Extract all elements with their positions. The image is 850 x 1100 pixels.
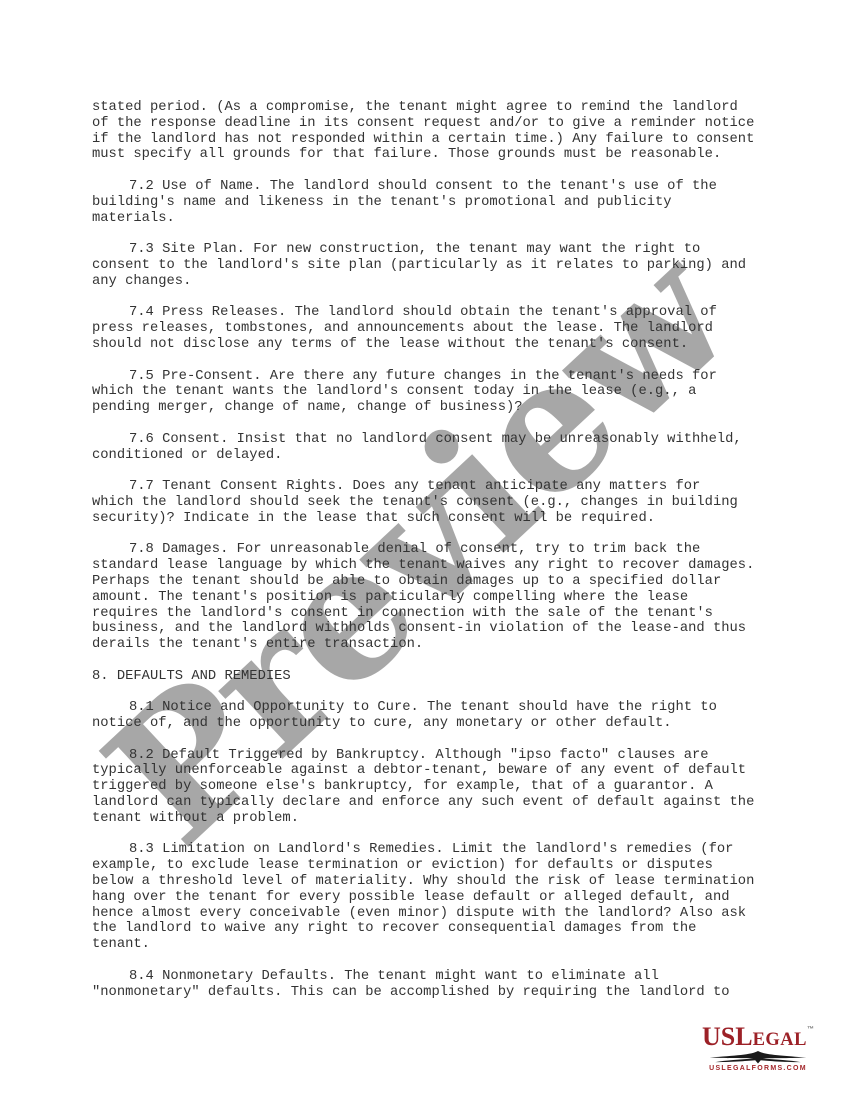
document-paragraph: 7.5 Pre-Consent. Are there any future ch… <box>92 369 802 416</box>
document-paragraph: stated period. (As a compromise, the ten… <box>92 100 802 163</box>
trademark-symbol: ™ <box>807 1026 814 1033</box>
document-paragraph: 8. DEFAULTS AND REMEDIES <box>92 669 802 685</box>
logo-tagline: USLEGALFORMS.COM <box>702 1065 814 1072</box>
document-paragraph: 7.7 Tenant Consent Rights. Does any tena… <box>92 479 802 526</box>
document-paragraph: 7.3 Site Plan. For new construction, the… <box>92 242 802 289</box>
wordmark-large-letters: USL <box>702 1022 753 1051</box>
uslegal-wordmark: USLEGAL™ <box>702 1024 814 1050</box>
document-paragraph: 8.1 Notice and Opportunity to Cure. The … <box>92 700 802 732</box>
document-paragraph: 7.2 Use of Name. The landlord should con… <box>92 179 802 226</box>
document-body: stated period. (As a compromise, the ten… <box>92 100 802 1016</box>
wordmark-small-letters: EGAL <box>753 1030 807 1050</box>
document-paragraph: 7.6 Consent. Insist that no landlord con… <box>92 432 802 464</box>
eagle-wings-icon <box>706 1051 810 1064</box>
document-paragraph: 8.2 Default Triggered by Bankruptcy. Alt… <box>92 748 802 827</box>
uslegal-logo: USLEGAL™ USLEGALFORMS.COM <box>702 1024 814 1072</box>
document-paragraph: 7.8 Damages. For unreasonable denial of … <box>92 542 802 653</box>
document-paragraph: 8.3 Limitation on Landlord's Remedies. L… <box>92 842 802 953</box>
document-paragraph: 7.4 Press Releases. The landlord should … <box>92 305 802 352</box>
document-page: Preview stated period. (As a compromise,… <box>0 0 850 1100</box>
document-paragraph: 8.4 Nonmonetary Defaults. The tenant mig… <box>92 969 802 1001</box>
